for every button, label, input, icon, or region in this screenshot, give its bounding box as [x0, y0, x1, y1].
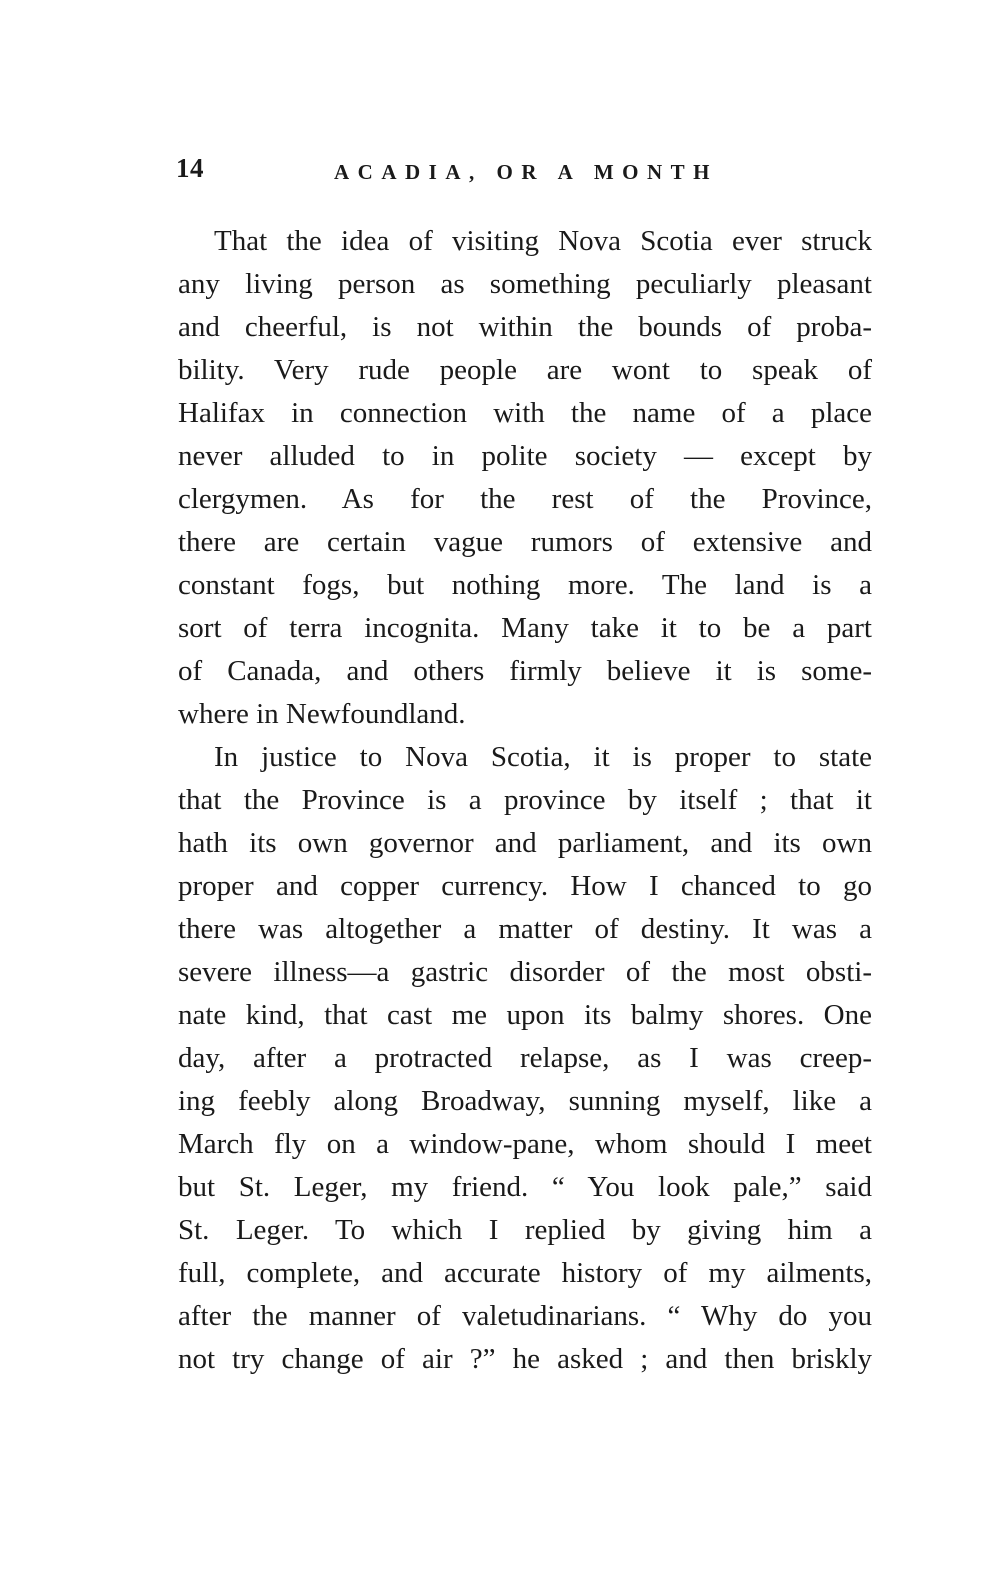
- text-line: there was altogether a matter of destiny…: [178, 908, 872, 951]
- text-line: bility. Very rude people are wont to spe…: [178, 349, 872, 392]
- text-line: there are certain vague rumors of extens…: [178, 521, 872, 564]
- text-line: never alluded to in polite society — exc…: [178, 435, 872, 478]
- text-line: In justice to Nova Scotia, it is proper …: [178, 736, 872, 779]
- page-header: 14 ACADIA, OR A MONTH: [176, 153, 876, 193]
- text-line: severe illness—a gastric disorder of the…: [178, 951, 872, 994]
- running-head: ACADIA, OR A MONTH: [334, 160, 718, 185]
- book-page: 14 ACADIA, OR A MONTH That the idea of v…: [0, 0, 1000, 1569]
- text-line: Halifax in connection with the name of a…: [178, 392, 872, 435]
- paragraph-1: That the idea of visiting Nova Scotia ev…: [178, 220, 872, 736]
- text-line: that the Province is a province by itsel…: [178, 779, 872, 822]
- paragraph-2: In justice to Nova Scotia, it is proper …: [178, 736, 872, 1381]
- text-line: ing feebly along Broadway, sunning mysel…: [178, 1080, 872, 1123]
- text-line: constant fogs, but nothing more. The lan…: [178, 564, 872, 607]
- text-line: St. Leger. To which I replied by giving …: [178, 1209, 872, 1252]
- text-line: not try change of air ?” he asked ; and …: [178, 1338, 872, 1381]
- text-line: That the idea of visiting Nova Scotia ev…: [178, 220, 872, 263]
- text-line: of Canada, and others firmly believe it …: [178, 650, 872, 693]
- text-line: but St. Leger, my friend. “ You look pal…: [178, 1166, 872, 1209]
- text-line: and cheerful, is not within the bounds o…: [178, 306, 872, 349]
- text-line: where in Newfoundland.: [178, 693, 872, 736]
- body-text: That the idea of visiting Nova Scotia ev…: [178, 220, 872, 1381]
- text-line: after the manner of valetudinarians. “ W…: [178, 1295, 872, 1338]
- text-line: clergymen. As for the rest of the Provin…: [178, 478, 872, 521]
- text-line: full, complete, and accurate history of …: [178, 1252, 872, 1295]
- text-line: March fly on a window-pane, whom should …: [178, 1123, 872, 1166]
- text-line: hath its own governor and parliament, an…: [178, 822, 872, 865]
- page-number: 14: [176, 153, 204, 184]
- text-line: day, after a protracted relapse, as I wa…: [178, 1037, 872, 1080]
- text-line: nate kind, that cast me upon its balmy s…: [178, 994, 872, 1037]
- text-line: any living person as something peculiarl…: [178, 263, 872, 306]
- text-line: proper and copper currency. How I chance…: [178, 865, 872, 908]
- text-line: sort of terra incognita. Many take it to…: [178, 607, 872, 650]
